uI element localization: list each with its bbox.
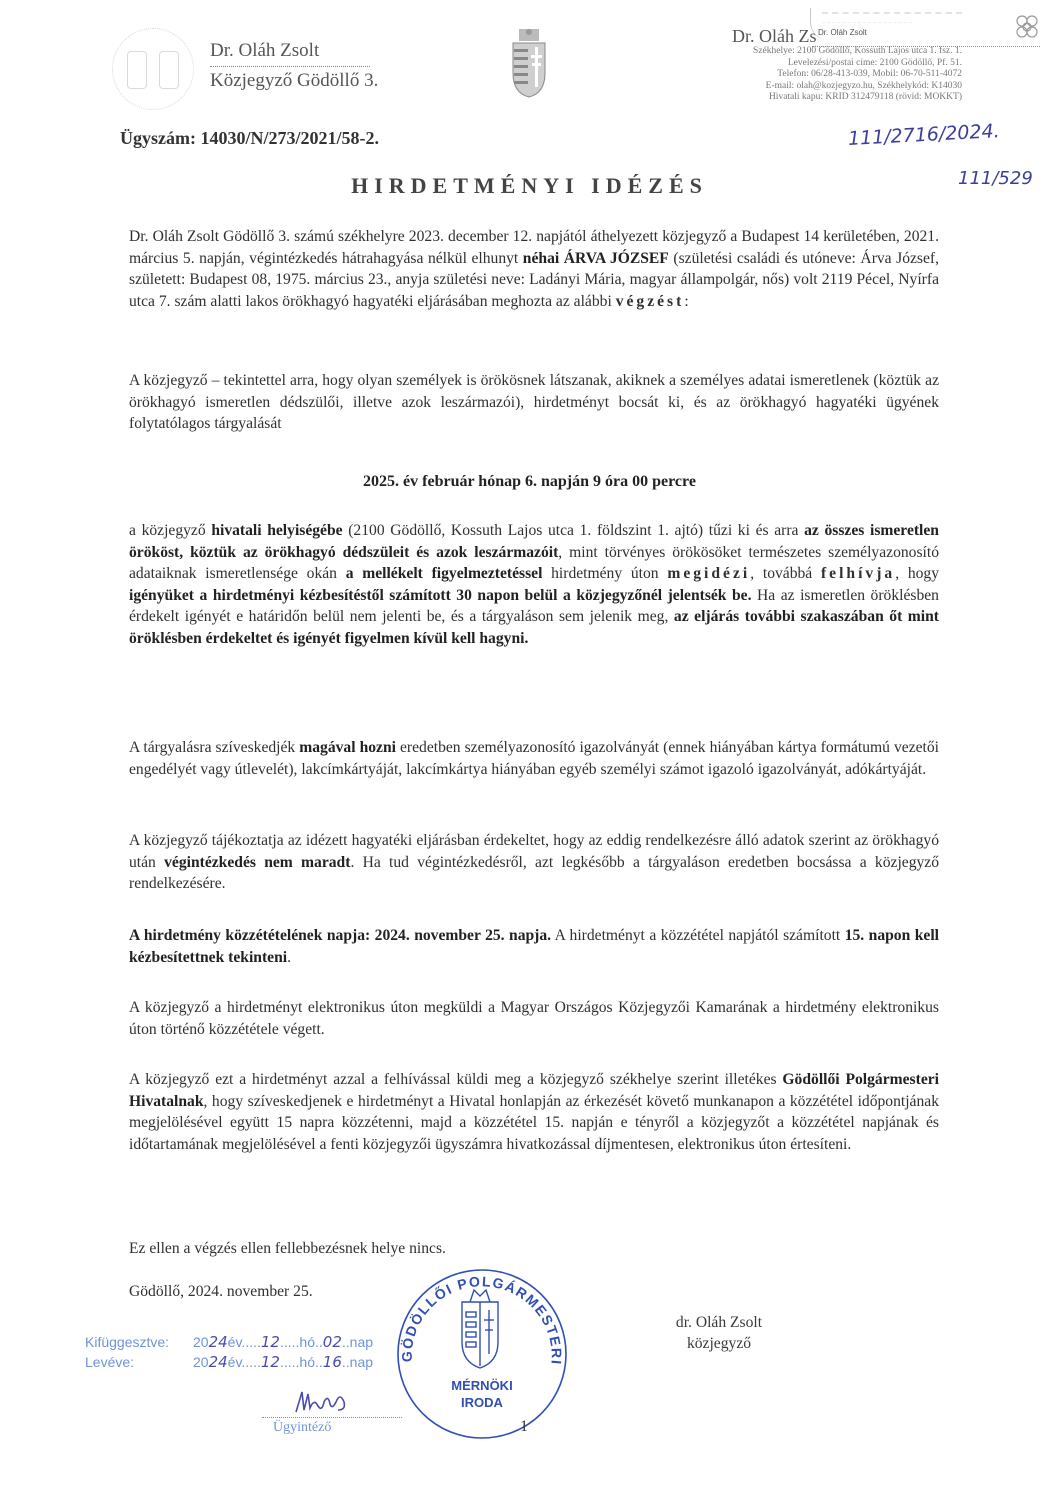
removed-year: 24 xyxy=(209,1353,228,1371)
notary-office: Közjegyző Gödöllő 3. xyxy=(210,70,378,92)
signature-block: dr. Oláh Zsolt közjegyző xyxy=(664,1312,774,1354)
text: A hirdetményt a közzététel napjától szám… xyxy=(551,927,845,944)
text: A tárgyalásra szíveskedjék xyxy=(129,739,299,756)
text-bold: magával hozni xyxy=(299,739,396,756)
hearing-date: 2025. év február hónap 6. napján 9 óra 0… xyxy=(0,473,1059,491)
paragraph-publication-date: A hirdetmény közzétételének napja: 2024.… xyxy=(129,925,939,968)
text: , továbbá xyxy=(750,565,821,582)
signer-title: közjegyző xyxy=(664,1333,774,1354)
removed-month: 12 xyxy=(261,1353,280,1371)
letterhead-contact: Székhelye: 2100 Gödöllő, Kossuth Lajos u… xyxy=(700,46,962,104)
text: (2100 Gödöllő, Kossuth Lajos utca 1. föl… xyxy=(343,522,805,539)
summons-word: megidézi xyxy=(667,565,750,582)
svg-text:IRODA: IRODA xyxy=(461,1395,504,1410)
signature-line xyxy=(262,1417,402,1418)
year-prefix: 20 xyxy=(193,1354,209,1370)
paragraph-will-info: A közjegyző tájékoztatja az idézett hagy… xyxy=(129,830,939,895)
posting-stamp: Kifüggesztve:2024év.....12.....hó..02..n… xyxy=(85,1332,373,1372)
text-bold: végintézkedés nem maradt xyxy=(164,854,350,871)
text: a közjegyző xyxy=(129,522,211,539)
text-bold: a mellékelt figyelmeztetéssel xyxy=(346,565,543,582)
paragraph-chamber: A közjegyző a hirdetményt elektronikus ú… xyxy=(129,997,939,1040)
paragraph-mayor-office: A közjegyző ezt a hirdetményt azzal a fe… xyxy=(129,1069,939,1155)
svg-text:GÖDÖLLŐI POLGÁRMESTERI HIVATAL: GÖDÖLLŐI POLGÁRMESTERI HIVATAL xyxy=(390,1262,565,1373)
office-round-stamp: GÖDÖLLŐI POLGÁRMESTERI HIVATAL MÉRNÖKI I… xyxy=(390,1262,570,1442)
paragraph-summons: a közjegyző hivatali helyiségébe (2100 G… xyxy=(129,520,939,649)
sticker-line xyxy=(822,22,912,23)
document-title: HIRDETMÉNYI IDÉZÉS xyxy=(0,173,1059,199)
sticker-name: Dr. Oláh Zsolt xyxy=(818,28,867,37)
sticker-line xyxy=(822,12,962,14)
chamber-logo-icon xyxy=(1012,12,1042,42)
removed-day: 16 xyxy=(323,1353,342,1371)
posted-year: 24 xyxy=(209,1333,228,1351)
removed-label: Levéve: xyxy=(85,1352,193,1372)
notary-name: Dr. Oláh Zsolt xyxy=(210,40,319,62)
year-prefix: 20 xyxy=(193,1334,209,1350)
posted-row: Kifüggesztve:2024év.....12.....hó..02..n… xyxy=(85,1332,373,1352)
paragraph-notice: A közjegyző – tekintettel arra, hogy oly… xyxy=(129,370,939,435)
month-word: hó xyxy=(299,1334,315,1350)
month-word: hó xyxy=(299,1354,315,1370)
text: , hogy xyxy=(895,565,939,582)
text-bold: igényüket a hirdetményi kézbesítéstől sz… xyxy=(129,587,752,604)
deceased-name: néhai ÁRVA JÓZSEF xyxy=(523,250,669,267)
letterhead-line: Levelezési/postai címe: 2100 Gödöllő, Pf… xyxy=(700,58,962,70)
year-word: év xyxy=(228,1354,242,1370)
paragraph-intro: Dr. Oláh Zsolt Gödöllő 3. számú székhely… xyxy=(129,226,939,312)
stamp-coat-of-arms-icon xyxy=(462,1290,498,1368)
place-date: Gödöllő, 2024. november 25. xyxy=(129,1283,313,1301)
text: hirdetmény úton xyxy=(542,565,667,582)
letterhead-line: Telefon: 06/28-413-039, Mobil: 06-70-511… xyxy=(700,69,962,81)
request-word: felhívja xyxy=(821,565,895,582)
text-bold: hivatali helyiségébe xyxy=(211,522,342,539)
publication-date: A hirdetmény közzétételének napja: 2024.… xyxy=(129,927,551,944)
page-number: 1 xyxy=(520,1418,528,1436)
posted-label: Kifüggesztve: xyxy=(85,1332,193,1352)
coat-of-arms-icon xyxy=(509,27,549,99)
case-number: Ügyszám: 14030/N/273/2021/58-2. xyxy=(120,128,379,149)
header-divider xyxy=(210,66,370,67)
clerk-signature xyxy=(292,1388,352,1416)
text: , hogy szíveskedjenek e hirdetményt a Hi… xyxy=(129,1093,939,1153)
text: . xyxy=(287,949,291,966)
removed-row: Levéve:2024év.....12.....hó..16..nap xyxy=(85,1352,373,1372)
decision-word: végzést xyxy=(616,293,685,310)
day-word: nap xyxy=(350,1334,373,1350)
svg-text:MÉRNÖKI: MÉRNÖKI xyxy=(451,1378,512,1393)
text: : xyxy=(684,293,688,310)
signer-name: dr. Oláh Zsolt xyxy=(664,1312,774,1333)
letterhead-line: Székhelye: 2100 Gödöllő, Kossuth Lajos u… xyxy=(700,46,962,58)
letterhead-line: Hivatali kapu: KRID 312479118 (rövid: MO… xyxy=(700,92,962,104)
posted-day: 02 xyxy=(323,1333,342,1351)
text: A közjegyző ezt a hirdetményt azzal a fe… xyxy=(129,1071,782,1088)
notary-seal-logo xyxy=(112,28,194,110)
clerk-label: Ügyintéző xyxy=(273,1420,331,1436)
paragraph-no-appeal: Ez ellen a végzés ellen fellebbezésnek h… xyxy=(129,1238,939,1260)
handwritten-reference: 111/2716/2024. xyxy=(847,120,1000,150)
posted-month: 12 xyxy=(261,1333,280,1351)
paragraph-documents: A tárgyalásra szíveskedjék magával hozni… xyxy=(129,737,939,780)
letterhead-name: Dr. Oláh Zs xyxy=(732,26,817,47)
year-word: év xyxy=(228,1334,242,1350)
letterhead-line: E-mail: olah@kozjegyzo.hu, Székhelykód: … xyxy=(700,81,962,93)
day-word: nap xyxy=(350,1354,373,1370)
